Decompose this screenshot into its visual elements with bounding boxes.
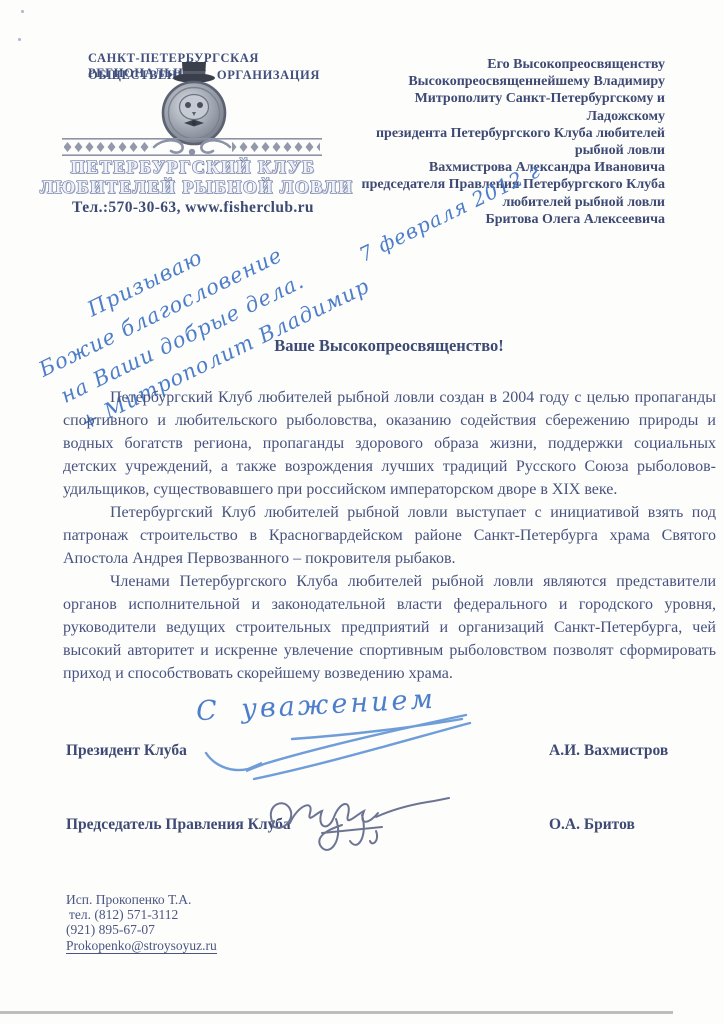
president-signature — [200, 703, 480, 788]
addressee-line: Высокопреосвященнейшему Владимиру — [235, 73, 665, 90]
executor-phone-1: тел. (812) 571-3112 — [66, 907, 217, 922]
president-title: Президент Клуба — [66, 742, 187, 760]
chairman-name: О.А. Бритов — [549, 816, 635, 834]
executor-block: Исп. Прокопенко Т.А. тел. (812) 571-3112… — [66, 892, 217, 954]
addressee-line: Его Высокопреосвященству — [235, 56, 665, 73]
body-paragraph-3: Членами Петербургского Клуба любителей р… — [63, 570, 716, 685]
scan-speck — [21, 10, 24, 13]
chairman-title: Председатель Правления Клуба — [66, 816, 291, 834]
addressee-line: Митрополиту Санкт-Петербургскому и — [235, 90, 665, 107]
salutation: Ваше Высокопреосвященство! — [63, 336, 715, 356]
letter-body: Петербургский Клуб любителей рыбной ловл… — [63, 386, 716, 685]
executor-phone-2: (921) 895-67-07 — [66, 922, 217, 937]
addressee-line: президента Петербургского Клуба любителе… — [235, 125, 665, 142]
addressee-line: рыбной ловли — [235, 142, 665, 159]
scanned-letter-page: САНКТ-ПЕТЕРБУРГСКАЯ РЕГИОНАЛЬНАЯ ОБЩЕСТВ… — [0, 0, 724, 1024]
body-paragraph-1: Петербургский Клуб любителей рыбной ловл… — [63, 386, 716, 501]
scan-edge-line — [0, 1011, 673, 1014]
president-name: А.И. Вахмистров — [549, 742, 668, 760]
body-paragraph-2: Петербургский Клуб любителей рыбной ловл… — [63, 501, 716, 570]
executor-name: Исп. Прокопенко Т.А. — [66, 892, 217, 907]
executor-email-link: Prokopenko@stroysoyuz.ru — [66, 938, 217, 954]
addressee-line: Вахмистрова Александра Ивановича — [235, 159, 665, 176]
scan-speck — [18, 38, 21, 41]
addressee-line: Ладожскому — [235, 108, 665, 125]
chairman-signature — [258, 783, 453, 863]
